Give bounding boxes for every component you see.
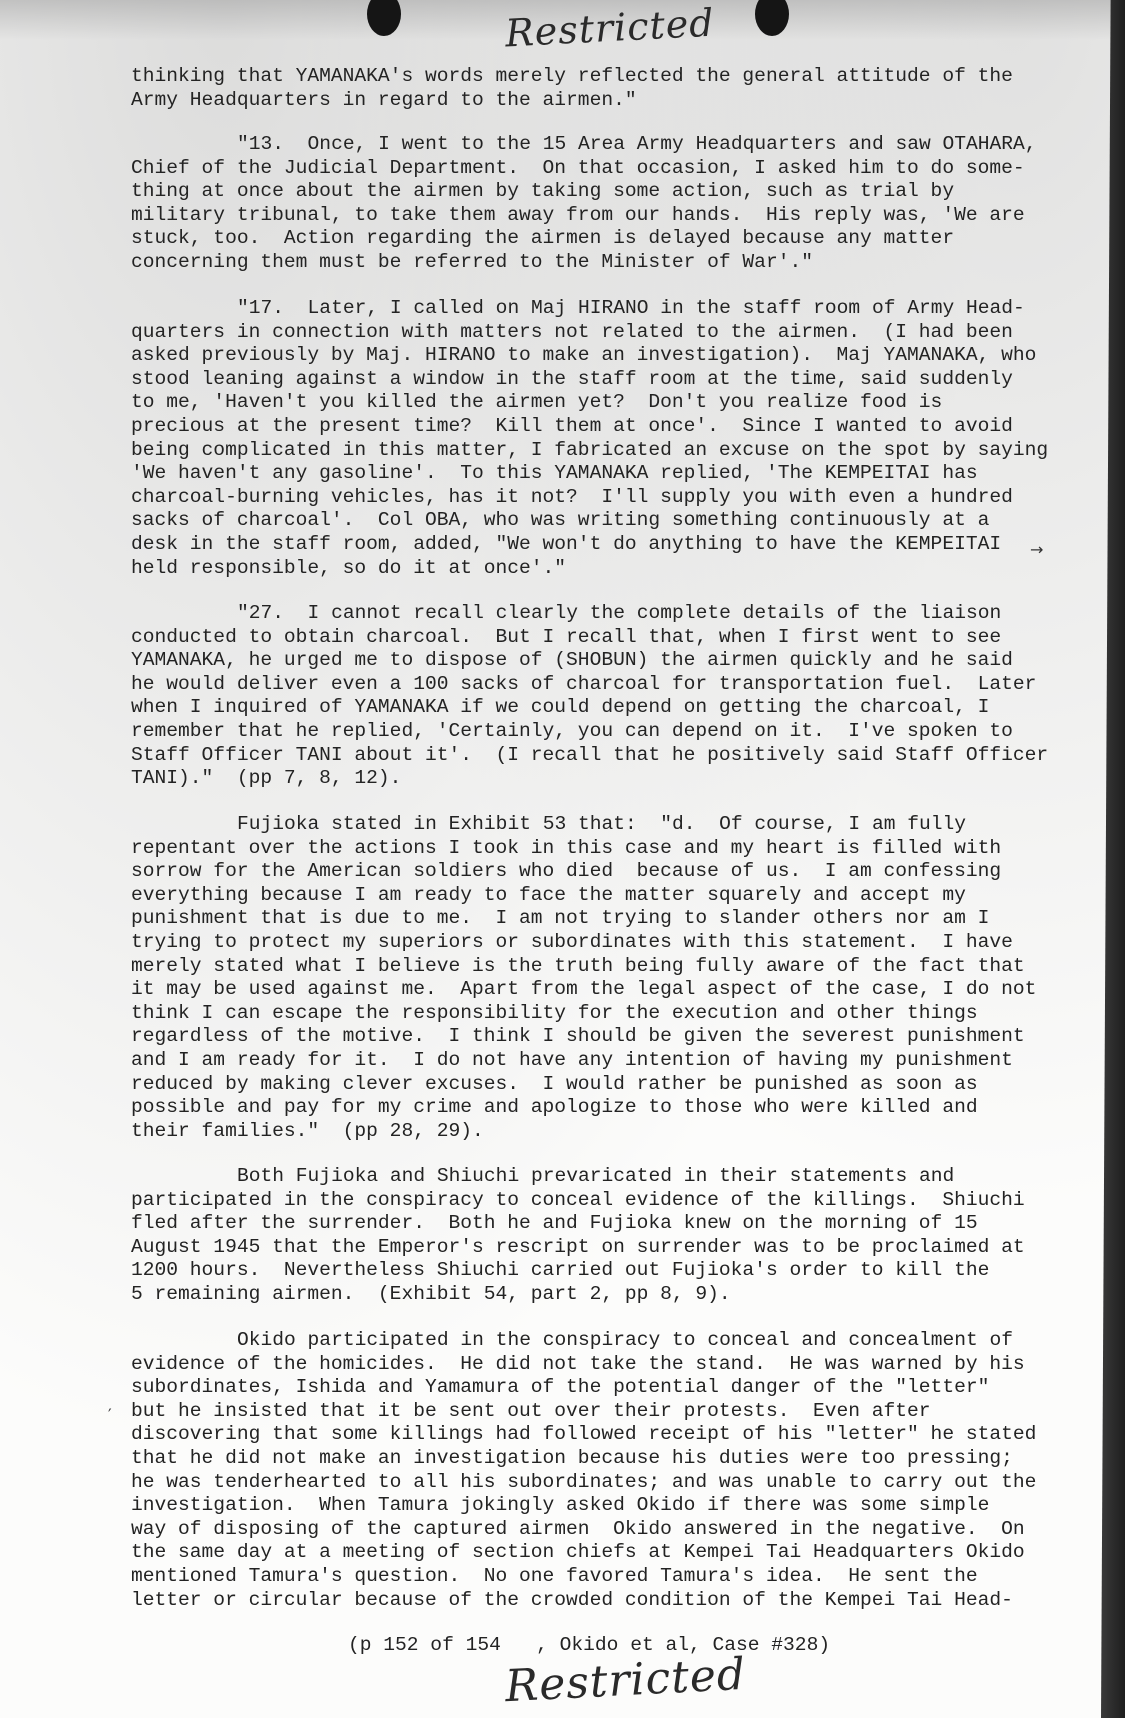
paragraph-line: fled after the surrender. Both he and Fu…: [131, 1212, 978, 1236]
paragraph-line: Army Headquarters in regard to the airme…: [131, 89, 637, 113]
paragraph-line: participated in the conspiracy to concea…: [131, 1189, 1025, 1213]
paragraph-line: Chief of the Judicial Department. On tha…: [131, 157, 1025, 181]
paragraph-line: "13. Once, I went to the 15 Area Army He…: [131, 133, 1037, 157]
paragraph-line: their families." (pp 28, 29).: [131, 1120, 484, 1144]
paragraph-line: mentioned Tamura's question. No one favo…: [131, 1565, 978, 1589]
paragraph-line: everything because I am ready to face th…: [131, 884, 966, 908]
paragraph-line: military tribunal, to take them away fro…: [131, 204, 1025, 228]
margin-mark: ′: [108, 1405, 112, 1424]
paragraph-line: conducted to obtain charcoal. But I reca…: [131, 626, 1001, 650]
paragraph-line: sorrow for the American soldiers who die…: [131, 860, 1001, 884]
paragraph-line: that he did not make an investigation be…: [131, 1447, 1013, 1471]
paragraph-line: when I inquired of YAMANAKA if we could …: [131, 696, 989, 720]
paragraph-line: subordinates, Ishida and Yamamura of the…: [131, 1376, 989, 1400]
paragraph-line: the same day at a meeting of section chi…: [131, 1541, 1025, 1565]
paragraph-line: stuck, too. Action regarding the airmen …: [131, 227, 954, 251]
scanned-page: Restricted thinking that YAMANAKA's word…: [0, 0, 1125, 1718]
paragraph-line: Fujioka stated in Exhibit 53 that: "d. O…: [131, 813, 966, 837]
margin-mark: →: [1030, 540, 1043, 559]
paragraph-line: letter or circular because of the crowde…: [131, 1589, 1013, 1613]
paragraph-line: evidence of the homicides. He did not ta…: [131, 1353, 1025, 1377]
paragraph-line: asked previously by Maj. HIRANO to make …: [131, 344, 1036, 368]
paragraph-line: to me, 'Haven't you killed the airmen ye…: [131, 391, 942, 415]
paragraph-line: way of disposing of the captured airmen …: [131, 1518, 1025, 1542]
paragraph-line: desk in the staff room, added, "We won't…: [131, 533, 1001, 557]
paragraph-line: investigation. When Tamura jokingly aske…: [131, 1494, 989, 1518]
paragraph-line: "27. I cannot recall clearly the complet…: [131, 602, 1001, 626]
paragraph-line: thing at once about the airmen by taking…: [131, 180, 954, 204]
paragraph-line: charcoal-burning vehicles, has it not? I…: [131, 486, 1013, 510]
paragraph-line: punishment that is due to me. I am not t…: [131, 907, 989, 931]
paragraph-line: precious at the present time? Kill them …: [131, 415, 1013, 439]
paragraph-line: it may be used against me. Apart from th…: [131, 978, 1036, 1002]
paragraph-line: possible and pay for my crime and apolog…: [131, 1096, 978, 1120]
paragraph-line: but he insisted that it be sent out over…: [131, 1400, 931, 1424]
paragraph-line: think I can escape the responsibility fo…: [131, 1002, 978, 1026]
paragraph-line: reduced by making clever excuses. I woul…: [131, 1073, 978, 1097]
paragraph-line: sacks of charcoal'. Col OBA, who was wri…: [131, 509, 989, 533]
paragraph-line: being complicated in this matter, I fabr…: [131, 439, 1048, 463]
paragraph-line: he would deliver even a 100 sacks of cha…: [131, 673, 1036, 697]
paragraph-line: thinking that YAMANAKA's words merely re…: [131, 65, 1013, 89]
paragraph-line: TANI)." (pp 7, 8, 12).: [131, 767, 401, 791]
paragraph-line: "17. Later, I called on Maj HIRANO in th…: [131, 297, 1025, 321]
paragraph-line: Staff Officer TANI about it'. (I recall …: [131, 744, 1048, 768]
paragraph-line: regardless of the motive. I think I shou…: [131, 1025, 1025, 1049]
paragraph-line: repentant over the actions I took in thi…: [131, 837, 1001, 861]
paragraph-line: merely stated what I believe is the trut…: [131, 955, 1025, 979]
paragraph-line: quarters in connection with matters not …: [131, 321, 1013, 345]
scan-edge-strip: [1101, 0, 1125, 1718]
paragraph-line: stood leaning against a window in the st…: [131, 368, 1013, 392]
paragraph-line: discovering that some killings had follo…: [131, 1423, 1036, 1447]
paragraph-line: and I am ready for it. I do not have any…: [131, 1049, 1013, 1073]
paragraph-line: August 1945 that the Emperor's rescript …: [131, 1236, 1025, 1260]
paragraph-line: trying to protect my superiors or subord…: [131, 931, 1013, 955]
paragraph-line: he was tenderhearted to all his subordin…: [131, 1471, 1036, 1495]
paragraph-line: 5 remaining airmen. (Exhibit 54, part 2,…: [131, 1283, 731, 1307]
paragraph-line: concerning them must be referred to the …: [131, 251, 813, 275]
paragraph-line: 'We haven't any gasoline'. To this YAMAN…: [131, 462, 978, 486]
paragraph-line: YAMANAKA, he urged me to dispose of (SHO…: [131, 649, 1013, 673]
paragraph-line: held responsible, so do it at once'.": [131, 557, 566, 581]
paragraph-line: remember that he replied, 'Certainly, yo…: [131, 720, 1013, 744]
paragraph-line: Okido participated in the conspiracy to …: [131, 1329, 1013, 1353]
paragraph-line: Both Fujioka and Shiuchi prevaricated in…: [131, 1165, 954, 1189]
paragraph-line: 1200 hours. Nevertheless Shiuchi carried…: [131, 1259, 989, 1283]
page-footer: (p 152 of 154 , Okido et al, Case #328): [348, 1634, 830, 1656]
restricted-stamp-bottom: Restricted: [504, 1649, 747, 1713]
